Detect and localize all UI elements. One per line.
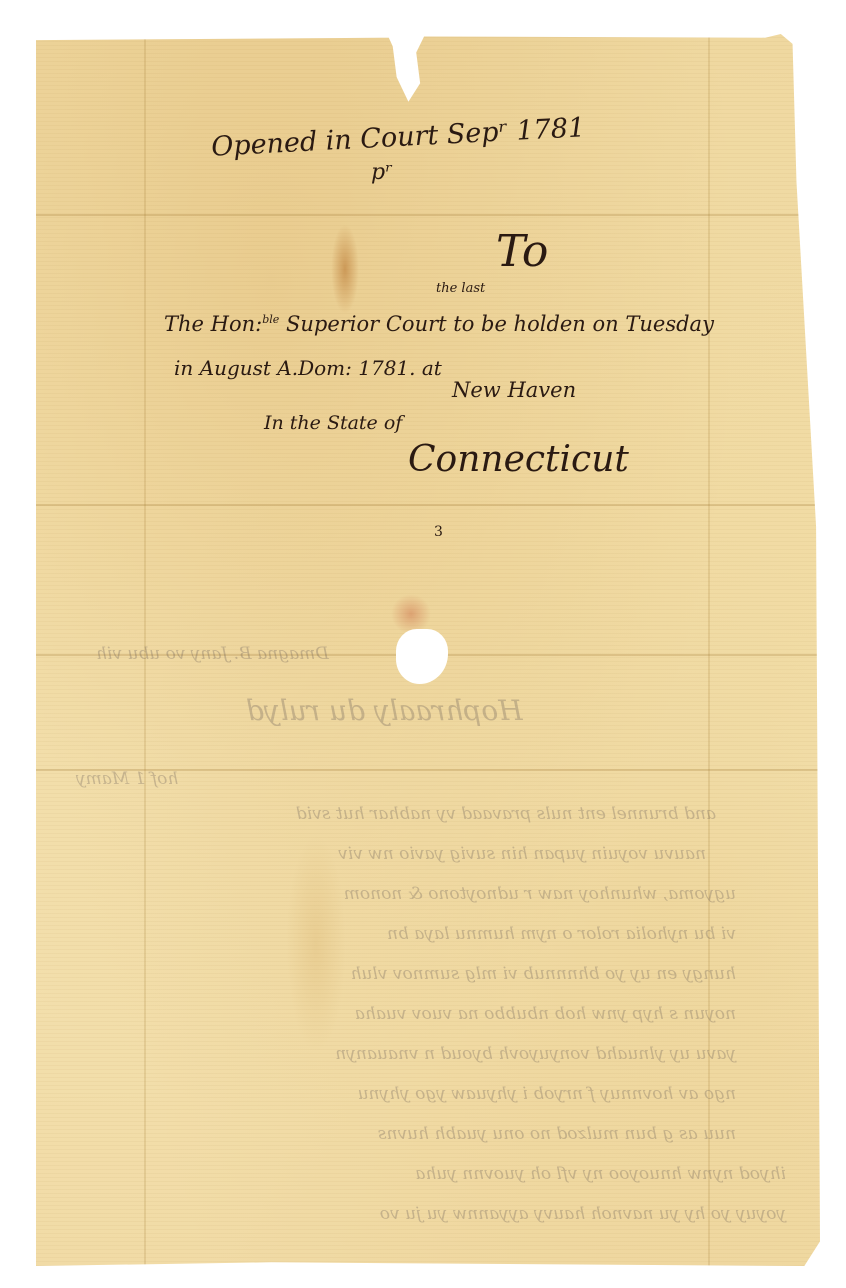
bleed-through-line: ihyod nynw hnuoyoo ny vfl oh yuovnn yuha bbox=[106, 1164, 786, 1184]
docket-initials: pʳ bbox=[371, 160, 393, 185]
stain bbox=[391, 594, 431, 634]
bleed-through-line: and brunnel ent nuls pravaad vy nabhar h… bbox=[156, 804, 716, 824]
bleed-through-line: noyun s hyp ynw hob nbubbo na vuov vuaha bbox=[136, 1004, 736, 1024]
insertion-note: the last bbox=[436, 281, 485, 296]
bleed-through-line: ngo av hovnnuy f nryob i yhyuaw ygo yhyn… bbox=[136, 1084, 736, 1104]
bleed-through-line: Dmagna B. Jany vo ubu vih bbox=[96, 644, 329, 664]
address-line-1: The Hon:ble Superior Court to be holden … bbox=[164, 312, 714, 336]
docket-note: Opened in Court Sepʳ 1781 bbox=[210, 112, 585, 163]
place-name: New Haven bbox=[452, 378, 576, 402]
paper-hole bbox=[396, 629, 448, 684]
honorific-superscript: ble bbox=[262, 313, 279, 326]
fold-line bbox=[708, 34, 710, 1266]
bleed-through-line: nauvu voyuin yupan hin suvig yavio nw vi… bbox=[146, 844, 706, 864]
fold-line bbox=[36, 504, 820, 506]
day: on Tuesday bbox=[593, 312, 714, 336]
bleed-through-line: Hophraaly du rulyd bbox=[246, 694, 523, 727]
fold-line bbox=[36, 214, 820, 216]
letter-paper: Opened in Court Sepʳ 1781 pʳ To the last… bbox=[36, 34, 820, 1266]
state-name: Connecticut bbox=[408, 439, 629, 480]
bleed-through-line: nuu as g bun mulzod no onu yuabh huvns bbox=[136, 1124, 736, 1144]
bleed-through-line: ugyoma, whunhoy naw r udnoytono & nonom bbox=[136, 884, 736, 904]
bleed-through-line: hof 1 Mamy bbox=[76, 769, 178, 789]
honorific: The Hon: bbox=[164, 312, 262, 336]
bleed-through-line: yoyuy yo hy yu navnoh hauvy ayyannw yu j… bbox=[106, 1204, 786, 1224]
address-line-2: in August A.Dom: 1781. at bbox=[174, 356, 442, 380]
bleed-through-line: vi bu nyholia rolor o nym humnu laya bn bbox=[136, 924, 736, 944]
bleed-through-line: hungy en uy yo bhnnnub vi mlg sumnov vlu… bbox=[136, 964, 736, 984]
salutation: To bbox=[496, 226, 548, 277]
stain bbox=[331, 224, 359, 314]
address-line-3: In the State of bbox=[264, 412, 402, 434]
page-mark: 3 bbox=[434, 524, 443, 540]
court-name: Superior Court to be holden bbox=[286, 312, 586, 336]
bleed-through-line: yavu uy ylnuahd vonyuyovh byoud n vnauan… bbox=[136, 1044, 736, 1064]
